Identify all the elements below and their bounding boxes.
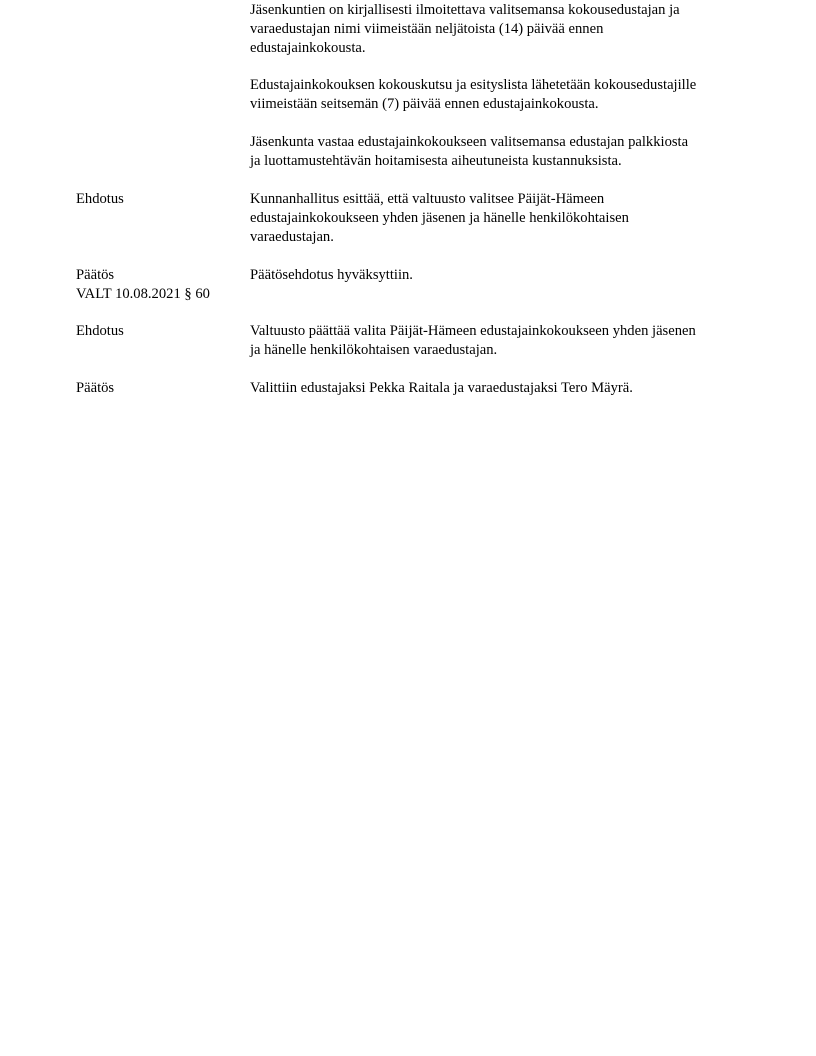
text-line: Päätösehdotus hyväksyttiin. — [250, 266, 750, 285]
section-body-ehdotus-1: Kunnanhallitus esittää, että valtuusto v… — [250, 190, 750, 247]
section-label-ehdotus-1: Ehdotus — [76, 190, 246, 209]
section-body-paatos-2: Valittiin edustajaksi Pekka Raitala ja v… — [250, 379, 750, 398]
text-line: Jäsenkuntien on kirjallisesti ilmoitetta… — [250, 1, 750, 20]
intro-paragraph-1: Jäsenkuntien on kirjallisesti ilmoitetta… — [250, 1, 750, 58]
meeting-reference: VALT 10.08.2021 § 60 — [76, 285, 246, 304]
text-line: Valtuusto päättää valita Päijät-Hämeen e… — [250, 322, 750, 341]
text-line: varaedustajan. — [250, 228, 750, 247]
label-text: Päätös — [76, 266, 246, 285]
text-line: Valittiin edustajaksi Pekka Raitala ja v… — [250, 379, 750, 398]
text-line: ja hänelle henkilökohtaisen varaedustaja… — [250, 341, 750, 360]
intro-paragraph-2: Edustajainkokouksen kokouskutsu ja esity… — [250, 76, 750, 114]
text-line: varaedustajan nimi viimeistään neljätois… — [250, 20, 750, 39]
section-body-ehdotus-2: Valtuusto päättää valita Päijät-Hämeen e… — [250, 322, 750, 360]
text-line: viimeistään seitsemän (7) päivää ennen e… — [250, 95, 750, 114]
section-label-paatos-2: Päätös — [76, 379, 246, 398]
label-text: Ehdotus — [76, 322, 246, 341]
text-line: edustajainkokoukseen yhden jäsenen ja hä… — [250, 209, 750, 228]
intro-paragraph-3: Jäsenkunta vastaa edustajainkokoukseen v… — [250, 133, 750, 171]
text-line: Kunnanhallitus esittää, että valtuusto v… — [250, 190, 750, 209]
section-body-paatos-1: Päätösehdotus hyväksyttiin. — [250, 266, 750, 285]
text-line: edustajainkokousta. — [250, 39, 750, 58]
section-label-ehdotus-2: Ehdotus — [76, 322, 246, 341]
label-text: Ehdotus — [76, 190, 246, 209]
section-label-paatos-1: Päätös VALT 10.08.2021 § 60 — [76, 266, 246, 304]
text-line: Jäsenkunta vastaa edustajainkokoukseen v… — [250, 133, 750, 152]
text-line: Edustajainkokouksen kokouskutsu ja esity… — [250, 76, 750, 95]
label-text: Päätös — [76, 379, 246, 398]
text-line: ja luottamustehtävän hoitamisesta aiheut… — [250, 152, 750, 171]
